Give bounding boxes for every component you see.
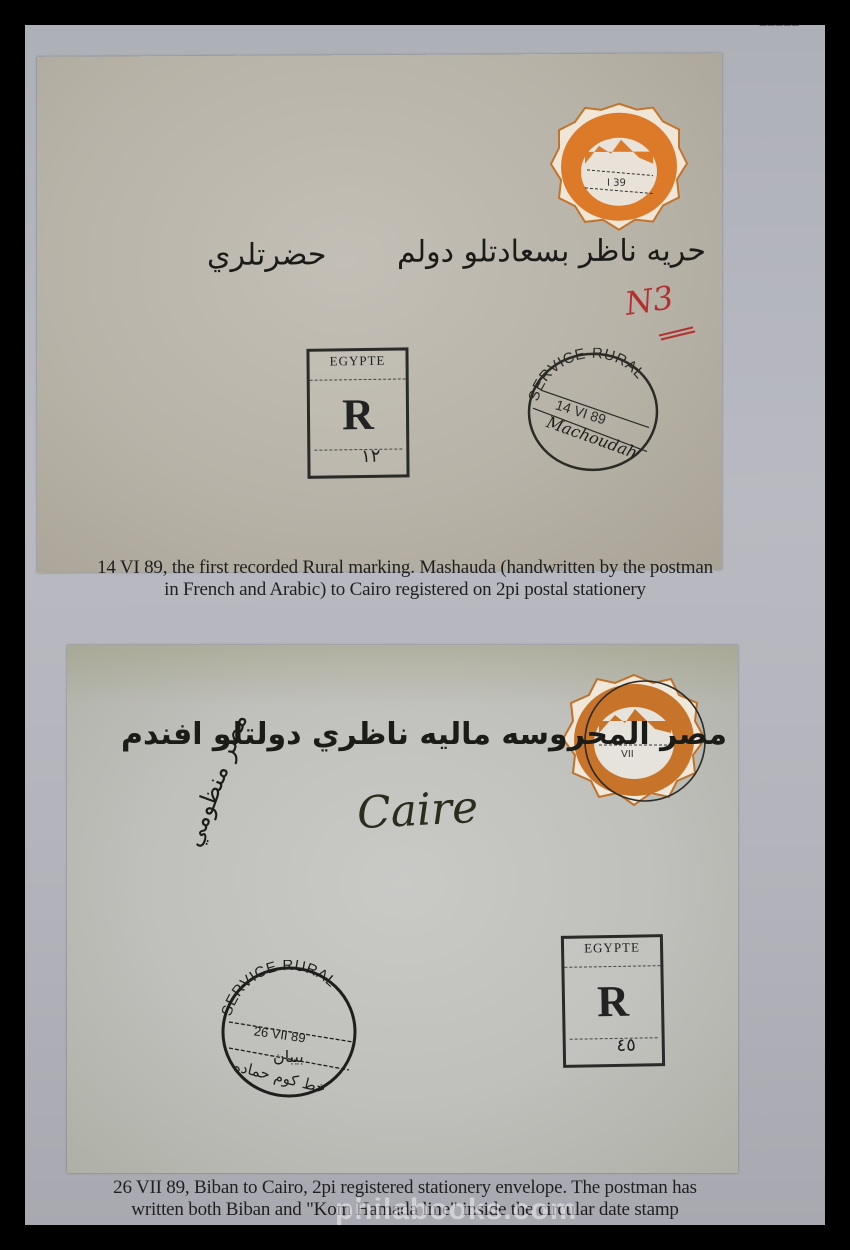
svg-text:SERVICE·RURAL: SERVICE·RURAL xyxy=(525,348,648,404)
registration-country: EGYPTE xyxy=(564,939,660,968)
caption-1-line-1: 14 VI 89, the first recorded Rural marki… xyxy=(25,557,785,579)
address-arabic-main: مصر المحروسه ماليه ناظري دولتلو افندم xyxy=(121,717,727,752)
imprinted-stamp-icon: I 39 xyxy=(549,101,689,232)
red-underline-icon xyxy=(657,321,697,341)
registration-number: ٤٥ xyxy=(616,1035,636,1056)
caption-1-line-2: in French and Arabic) to Cairo registere… xyxy=(25,579,785,601)
registration-number: ١٢ xyxy=(361,446,381,467)
registration-country: EGYPTE xyxy=(309,352,405,380)
registration-label: EGYPTE R ١٢ xyxy=(306,347,409,478)
registration-letter: R xyxy=(310,388,406,440)
svg-text:I 39: I 39 xyxy=(607,178,626,189)
rural-date-stamp: SERVICE·RURAL 14 VI 89 Machoudah xyxy=(523,348,663,479)
address-arabic-main: حريه ناظر بسعادتلو دولم xyxy=(397,233,706,270)
red-annotation: N3 xyxy=(623,278,676,323)
svg-text:SERVICE RURAL: SERVICE RURAL xyxy=(218,960,339,1018)
envelope-cover-1: I 39 حريه ناظر بسعادتلو دولم حضرتلري N3 … xyxy=(37,53,722,573)
watermark: philabooks.com xyxy=(335,1193,577,1225)
registration-letter: R xyxy=(565,975,662,1028)
address-latin: Caire xyxy=(356,782,480,839)
svg-text:26 VII 89: 26 VII 89 xyxy=(253,1023,307,1045)
svg-text:بيبان: بيبان xyxy=(273,1047,304,1066)
rural-date-stamp: SERVICE RURAL 26 VII 89 بيبان خط كوم حما… xyxy=(217,960,362,1105)
page-header-fragment: ▀▀▀▀▀ xyxy=(760,25,800,32)
registration-label: EGYPTE R ٤٥ xyxy=(561,934,665,1068)
address-arabic-secondary: حضرتلري xyxy=(207,237,326,273)
figure-caption-1: 14 VI 89, the first recorded Rural marki… xyxy=(25,557,785,601)
book-page: ▀▀▀▀▀ I 39 حريه ناظر بسعادتلو دولم حضرتل… xyxy=(25,25,825,1225)
envelope-cover-2: VII مصر المحروسه ماليه ناظري دولتلو افند… xyxy=(67,645,738,1173)
